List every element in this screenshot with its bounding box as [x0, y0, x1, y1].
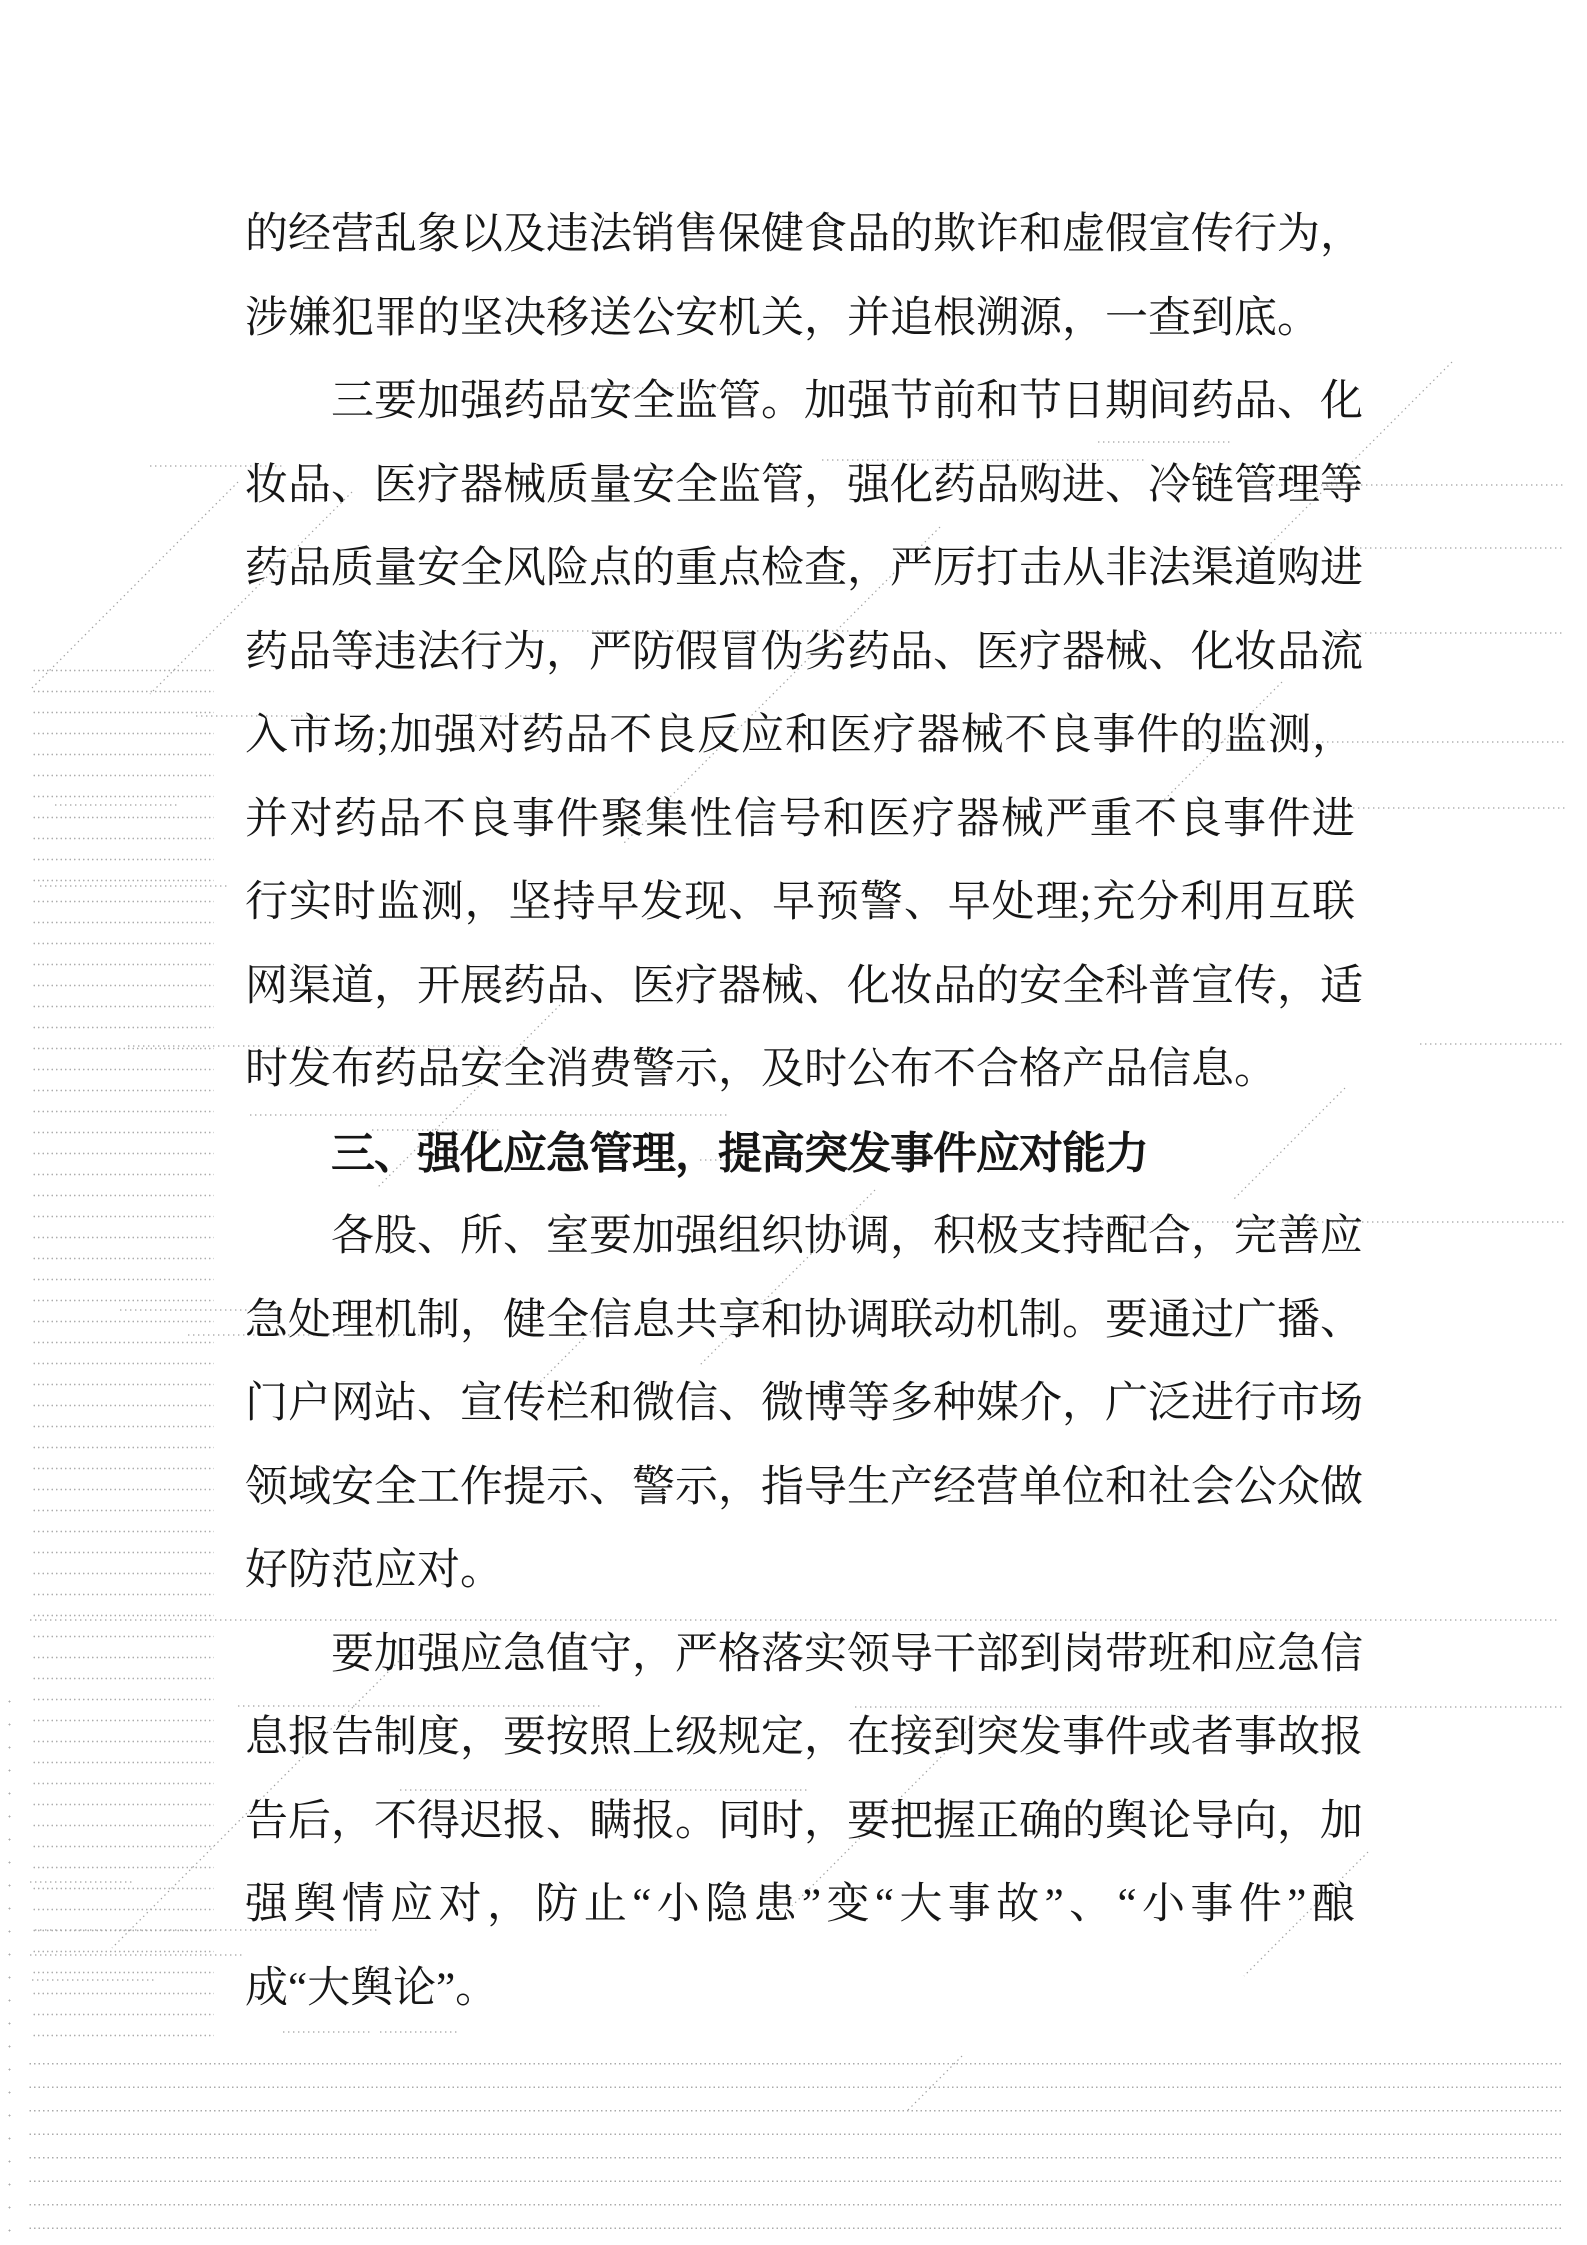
text-line: 并对药品不良事件聚集性信号和医疗器械严重不良事件进	[245, 778, 1355, 862]
section-heading: 三、强化应急管理，提高突发事件应对能力	[245, 1112, 1355, 1196]
text-line: 领域安全工作提示、警示，指导生产经营单位和社会公众做	[245, 1446, 1355, 1530]
text-line: 强舆情应对，防止“小隐患”变“大事故”、“小事件”酿	[245, 1863, 1355, 1947]
text-line: 网渠道，开展药品、医疗器械、化妆品的安全科普宣传，适	[245, 945, 1355, 1029]
document-text: 的经营乱象以及违法销售保健食品的欺诈和虚假宣传行为，涉嫌犯罪的坚决移送公安机关，…	[245, 193, 1355, 2030]
text-line: 时发布药品安全消费警示，及时公布不合格产品信息。	[245, 1028, 1355, 1112]
text-line: 要加强应急值守，严格落实领导干部到岗带班和应急信	[245, 1613, 1355, 1697]
scan-dots-left-column	[8, 1690, 11, 2245]
text-line: 三要加强药品安全监管。加强节前和节日期间药品、化	[245, 360, 1355, 444]
text-line: 告后，不得迟报、瞒报。同时，要把握正确的舆论导向，加	[245, 1780, 1355, 1864]
text-line: 行实时监测，坚持早发现、早预警、早处理;充分利用互联	[245, 861, 1355, 945]
text-line: 涉嫌犯罪的坚决移送公安机关，并追根溯源，一查到底。	[245, 277, 1355, 361]
text-line: 药品等违法行为，严防假冒伪劣药品、医疗器械、化妆品流	[245, 611, 1355, 695]
text-line: 各股、所、室要加强组织协调，积极支持配合，完善应	[245, 1195, 1355, 1279]
text-line: 入市场;加强对药品不良反应和医疗器械不良事件的监测，	[245, 694, 1355, 778]
text-line: 成“大舆论”。	[245, 1947, 1355, 2031]
text-line: 好防范应对。	[245, 1529, 1355, 1613]
document-page: 的经营乱象以及违法销售保健食品的欺诈和虚假宣传行为，涉嫌犯罪的坚决移送公安机关，…	[0, 0, 1587, 2245]
text-line: 的经营乱象以及违法销售保健食品的欺诈和虚假宣传行为，	[245, 193, 1355, 277]
text-line: 息报告制度，要按照上级规定，在接到突发事件或者事故报	[245, 1696, 1355, 1780]
text-line: 药品质量安全风险点的重点检查，严厉打击从非法渠道购进	[245, 527, 1355, 611]
text-line: 急处理机制，健全信息共享和协调联动机制。要通过广播、	[245, 1279, 1355, 1363]
scan-dots-bottom-rows	[28, 2052, 1562, 2245]
text-line: 门户网站、宣传栏和微信、微博等多种媒介，广泛进行市场	[245, 1362, 1355, 1446]
text-line: 妆品、医疗器械质量安全监管，强化药品购进、冷链管理等	[245, 444, 1355, 528]
scan-dots-left-margin	[32, 660, 214, 2050]
